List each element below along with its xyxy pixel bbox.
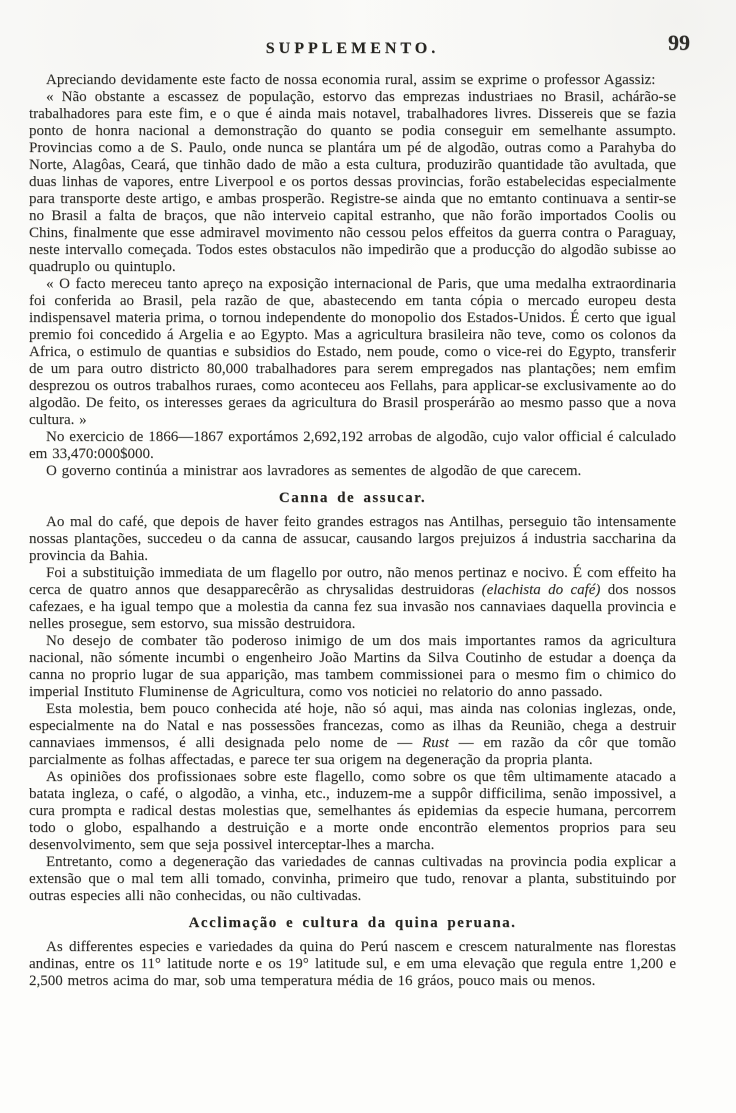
paragraph: Ao mal do café, que depois de haver feit… — [29, 514, 676, 565]
paragraph: As differentes especies e variedades da … — [29, 939, 676, 990]
page-title: SUPPLEMENTO. — [29, 40, 676, 58]
paragraph-run: « O facto mereceu tanto apreço na exposi… — [29, 276, 676, 428]
paragraph: Esta molestia, bem pouco conhecida até h… — [29, 701, 676, 769]
section-heading: Canna de assucar. — [29, 490, 676, 507]
paragraph: « Não obstante a escassez de população, … — [29, 89, 676, 276]
paragraph-run-italic: Rust — [422, 735, 449, 751]
page-number: 99 — [668, 30, 690, 56]
paragraph-run: As differentes especies e variedades da … — [29, 939, 676, 989]
paragraph-run: « Não obstante a escassez de população, … — [29, 89, 676, 275]
section-heading: Acclimação e cultura da quina peruana. — [29, 915, 676, 932]
paragraph-run: No desejo de combater tão poderoso inimi… — [29, 633, 676, 700]
paragraph-run: Entretanto, como a degeneração das varie… — [29, 854, 676, 904]
paragraph-run: Apreciando devidamente este facto de nos… — [46, 72, 655, 88]
paragraph: O governo continúa a ministrar aos lavra… — [29, 463, 676, 480]
paragraph: Entretanto, como a degeneração das varie… — [29, 854, 676, 905]
paragraph: « O facto mereceu tanto apreço na exposi… — [29, 276, 676, 429]
paragraph-run: As opiniões dos profissionaes sobre este… — [29, 769, 676, 853]
paragraph: No desejo de combater tão poderoso inimi… — [29, 633, 676, 701]
page-sheet: SUPPLEMENTO. 99 Apreciando devidamente e… — [0, 0, 736, 1113]
paragraph-run: O governo continúa a ministrar aos lavra… — [46, 463, 581, 479]
page-header: SUPPLEMENTO. 99 — [29, 40, 676, 66]
paragraph-run-italic: (elachista do café) — [482, 582, 601, 598]
paragraph: No exercicio de 1866—1867 exportámos 2,6… — [29, 429, 676, 463]
paragraph: Apreciando devidamente este facto de nos… — [29, 72, 676, 89]
scanned-page: { "page": { "header": { "title": "SUPPLE… — [0, 0, 736, 1113]
document-body: Apreciando devidamente este facto de nos… — [29, 72, 676, 990]
paragraph-run: No exercicio de 1866—1867 exportámos 2,6… — [29, 429, 676, 462]
paragraph-run: Ao mal do café, que depois de haver feit… — [29, 514, 676, 564]
paragraph: As opiniões dos profissionaes sobre este… — [29, 769, 676, 854]
paragraph: Foi a substituição immediata de um flage… — [29, 565, 676, 633]
